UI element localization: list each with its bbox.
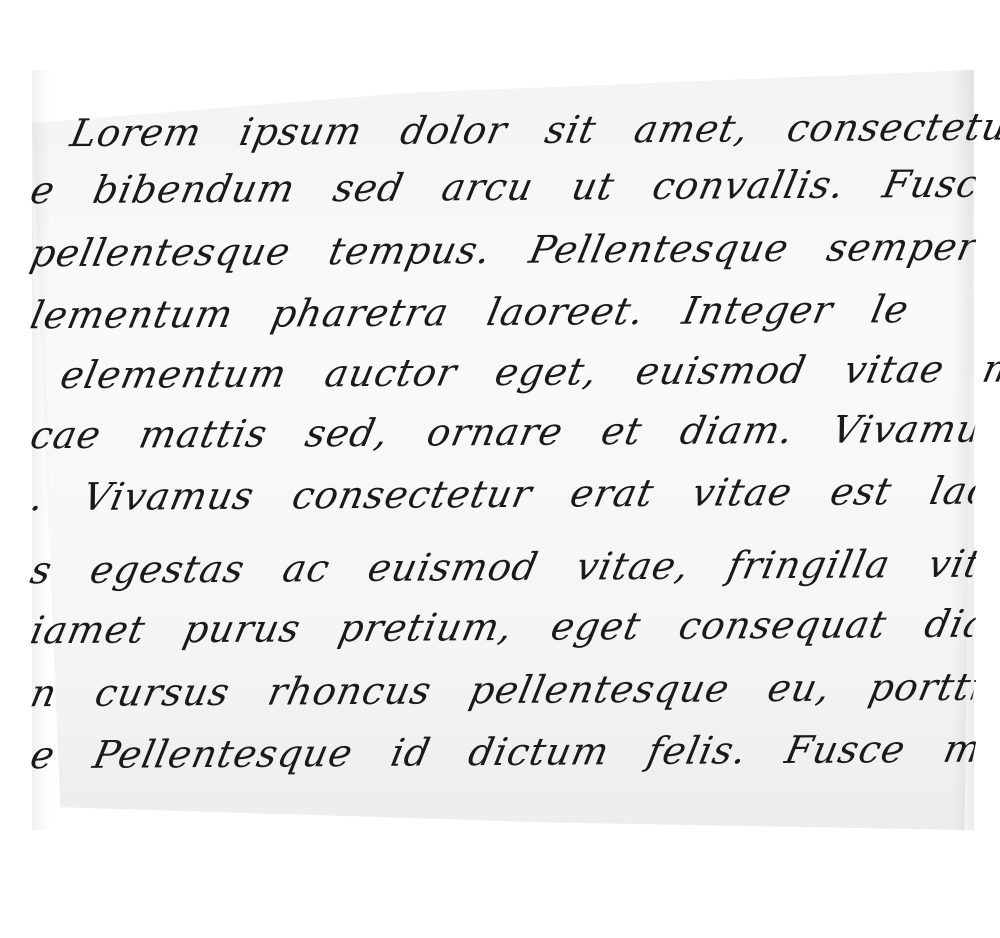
handwriting-line: cae mattis sed, ornare et diam. Vivamus …: [27, 407, 979, 458]
handwriting-line: elementum auctor eget, euismod vitae mas…: [27, 347, 1000, 398]
handwriting-line: iamet purus pretium, eget consequat diam…: [27, 602, 979, 653]
handwriting-line: n cursus rhoncus pellentesque eu, portti…: [27, 665, 979, 716]
handwriting-line: Lorem ipsum dolor sit amet, consectetur: [27, 105, 1000, 156]
handwriting-line: . Vivamus consectetur erat vitae est lac…: [27, 469, 979, 520]
handwriting-line: pellentesque tempus. Pellentesque semper…: [27, 225, 979, 276]
handwriting-line: lementum pharetra laoreet. Integer le: [27, 287, 979, 338]
handwriting-line: e Pellentesque id dictum felis. Fusce ma…: [27, 727, 979, 778]
handwriting-line: e bibendum sed arcu ut convallis. Fusce …: [27, 162, 979, 213]
handwriting-line: s egestas ac euismod vitae, fringilla vi…: [27, 542, 979, 593]
